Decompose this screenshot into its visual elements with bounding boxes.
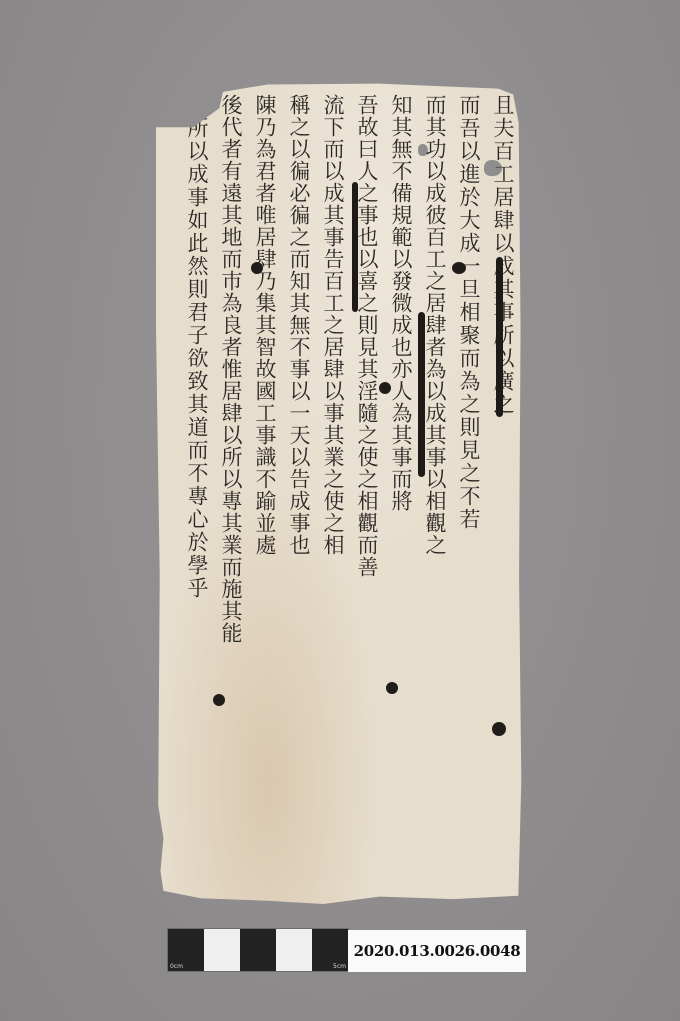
ink-blot xyxy=(492,722,506,736)
ink-deletion-stroke xyxy=(496,257,503,417)
manuscript-column: 稱之以徧必徧之而知其無不事以一天以告成事也 xyxy=(282,94,316,894)
ink-blot xyxy=(386,682,398,694)
ink-blot xyxy=(379,382,391,394)
manuscript-column: 陳乃為君者唯居肆乃集其智故國工事識不踰並處 xyxy=(248,94,282,894)
accession-number-label: 2020.013.0026.0048 xyxy=(348,930,526,972)
manuscript-column: 云所以成事如此然則君子欲致其道而不專心於學乎 xyxy=(180,94,214,894)
manuscript-column: 而其功以成彼百工之居肆者為以成其事以相觀之 xyxy=(418,94,452,894)
manuscript-paper: 且夫百工居肆以成其事所以廣之 而吾以進於大成一旦相聚而為之則見之不若 而其功以成… xyxy=(156,82,528,904)
ink-deletion-stroke xyxy=(418,312,425,477)
ink-deletion-stroke xyxy=(352,182,358,312)
scale-bar: 0cm 5cm xyxy=(167,928,349,972)
scale-segment xyxy=(204,929,240,971)
manuscript-column: 而吾以進於大成一旦相聚而為之則見之不若 xyxy=(452,94,486,894)
manuscript-column: 知其無不備規範以發微成也亦人為其事而將 xyxy=(384,94,418,894)
ink-blot xyxy=(213,694,225,706)
scale-label-start: 0cm xyxy=(170,963,183,970)
ink-blot xyxy=(251,262,263,274)
scale-label-end: 5cm xyxy=(333,963,346,970)
scale-segment xyxy=(276,929,312,971)
scale-segment xyxy=(240,929,276,971)
manuscript-column: 流下而以成其事告百工之居肆以事其業之使之相 xyxy=(316,94,350,894)
manuscript-column: 且夫百工居肆以成其事所以廣之 xyxy=(486,94,520,894)
manuscript-columns: 且夫百工居肆以成其事所以廣之 而吾以進於大成一旦相聚而為之則見之不若 而其功以成… xyxy=(180,94,520,894)
manuscript-column: 後代者有遠其地而巿為良者惟居肆以所以專其業而施其能 xyxy=(214,94,248,894)
ink-blot xyxy=(452,262,466,274)
